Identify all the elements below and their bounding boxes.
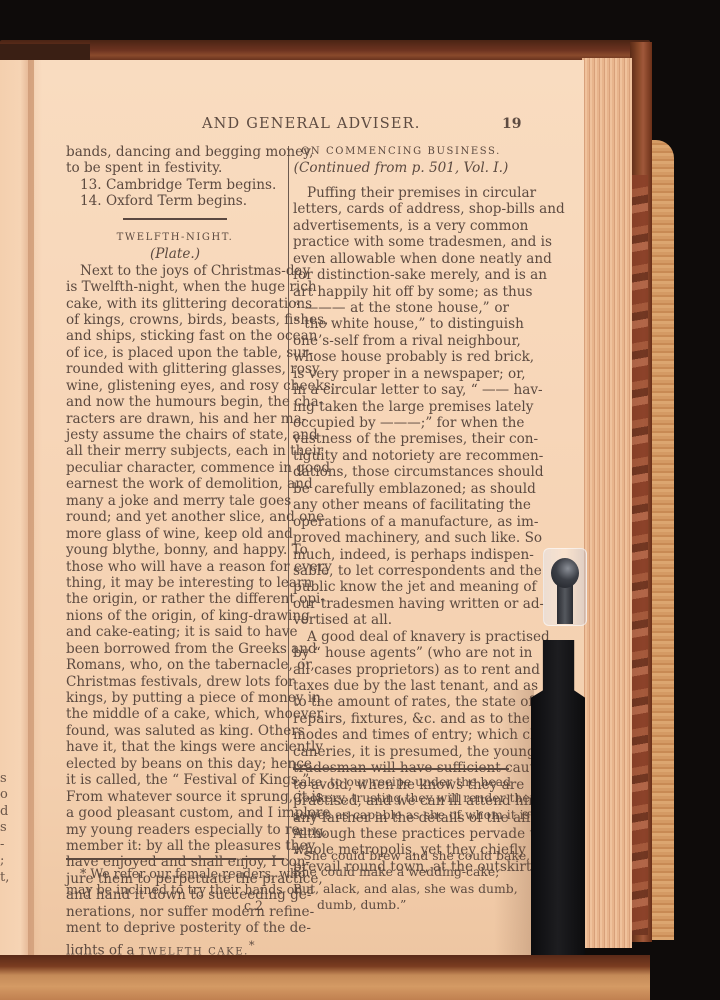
- book-photo: s o d s - ; t, AND GENERAL ADVISER. 19 b…: [0, 0, 720, 1000]
- text-line: have it, that the kings were anciently: [66, 739, 284, 755]
- text-line: racters are drawn, his and her ma-: [66, 411, 284, 427]
- text-line: and ships, sticking fast on the ocean: [66, 328, 284, 344]
- fragment: s: [0, 770, 14, 786]
- left-page-text-fragments: s o d s - ; t,: [0, 770, 14, 885]
- fragment: -: [0, 836, 14, 852]
- text-line: rounded with glittering glasses, rosy: [66, 361, 284, 377]
- footnote-line: may be inclined to try their hands on a: [66, 882, 284, 898]
- article-title: ON COMMENCING BUSINESS.: [293, 144, 509, 160]
- fragment: d: [0, 803, 14, 819]
- page-edges: [582, 58, 632, 948]
- text-line: taxes due by the last tenant, and as: [293, 678, 509, 694]
- text-line: many a joke and merry tale goes: [66, 493, 284, 509]
- wooden-stand-base: [0, 955, 650, 1000]
- text-line: tiguity and notoriety are recommen-: [293, 448, 509, 464]
- verse-line: She could make a wedding-cake;: [293, 864, 509, 880]
- gutter-shadow: [28, 60, 42, 962]
- fragment: ;: [0, 852, 14, 868]
- calendar-item: 14. Oxford Term begins.: [66, 193, 284, 209]
- fragment: o: [0, 786, 14, 802]
- text-line: wine, glistening eyes, and rosy cheeks;: [66, 378, 284, 394]
- verse-line: dumb, dumb.”: [293, 897, 509, 913]
- text-line: any other means of facilitating the: [293, 497, 509, 513]
- footnote-left: * We refer our female readers, who may b…: [66, 866, 284, 899]
- text-line: cake, with its glittering decorations: [66, 296, 284, 312]
- text-line: to be spent in festivity.: [66, 160, 284, 176]
- text-line: my young readers especially to re-: [66, 822, 284, 838]
- text-line: vastness of the premises, their con-: [293, 431, 509, 447]
- fragment: t,: [0, 869, 14, 885]
- text-line: From whatever source it sprung, it is: [66, 789, 284, 805]
- text-line: even allowable when done neatly and: [293, 251, 509, 267]
- text-line: jesty assume the chairs of state, and: [66, 427, 284, 443]
- marbled-board: [632, 175, 648, 935]
- text-line: in a circular letter to say, “ —— hav-: [293, 382, 509, 398]
- text-line: “ ——— at the stone house,” or: [293, 300, 509, 316]
- text-line: Puffing their premises in circular: [293, 185, 509, 201]
- text-line: advertisements, is a very common: [293, 218, 509, 234]
- article-title: TWELFTH-NIGHT.: [66, 230, 284, 246]
- text-line: is very proper in a newspaper; or,: [293, 366, 509, 382]
- footnote-rule-short: [242, 858, 284, 860]
- text-line: modes and times of entry; which chi-: [293, 727, 509, 743]
- cover-top-edge: [0, 40, 650, 62]
- running-head: AND GENERAL ADVISER. 19: [34, 116, 584, 136]
- holder-ball-weight: [551, 558, 579, 588]
- printer-signature: c 2: [244, 898, 263, 913]
- article-subtitle: (Plate.): [66, 246, 284, 262]
- text-line: proved machinery, and such like. So: [293, 530, 509, 546]
- text-line: one’s-self from a rival neighbour,: [293, 333, 509, 349]
- text-line: round; and yet another slice, and one: [66, 509, 284, 525]
- text-line: thing, it may be interesting to learn: [66, 575, 284, 591]
- text-line: operations of a manufacture, as im-: [293, 514, 509, 530]
- text-line: “ the white house,” to distinguish: [293, 316, 509, 332]
- text-line: nions of the origin, of king-drawing: [66, 608, 284, 624]
- footnote-rule-long: [66, 858, 236, 860]
- holder-neck: [557, 584, 573, 624]
- text-line: ment to deprive posterity of the de-: [66, 920, 284, 936]
- text-line: much, indeed, is perhaps indispen-: [293, 547, 509, 563]
- text-line: of ice, is placed upon the table, sur-: [66, 345, 284, 361]
- verse: “ She could brew and she could bake, She…: [293, 848, 509, 914]
- text-line: member it: by all the pleasures they: [66, 838, 284, 854]
- text-line: and cake-eating; it is said to have: [66, 624, 284, 640]
- text-line: A good deal of knavery is practised: [293, 629, 509, 645]
- right-column: ON COMMENCING BUSINESS. (Continued from …: [293, 144, 509, 875]
- text-line: peculiar character, commence in good: [66, 460, 284, 476]
- text-line: occupied by ———;” for when the: [293, 415, 509, 431]
- footnote-line: cake, to our recipe under the head: [293, 774, 509, 790]
- text-line: those who will have a reason for every: [66, 559, 284, 575]
- footnote-right: cake, to our recipe under the head Cooke…: [293, 774, 509, 914]
- footnote-mark: *: [249, 938, 255, 952]
- article-subtitle: (Continued from p. 501, Vol. I.): [293, 160, 509, 176]
- text-line: dations, those circumstances should: [293, 464, 509, 480]
- text-line: letters, cards of address, shop-bills an…: [293, 201, 509, 217]
- text-line: art happily hit off by some; as thus: [293, 284, 509, 300]
- text-line: is Twelfth-night, when the huge rich: [66, 279, 284, 295]
- text-line: the origin, or rather the different opi-: [66, 591, 284, 607]
- text-line: of kings, crowns, birds, beasts, fishes,: [66, 312, 284, 328]
- text-line: be carefully emblazoned; as should: [293, 481, 509, 497]
- text-line: Christmas festivals, drew lots for: [66, 674, 284, 690]
- spacer: [293, 177, 509, 185]
- footnote-rule-right: [293, 768, 509, 770]
- text-line: the middle of a cake, which, whoever: [66, 706, 284, 722]
- spacer: [293, 840, 509, 848]
- text-line: practice with some tradesmen, and is: [293, 234, 509, 250]
- text-line: been borrowed from the Greeks and: [66, 641, 284, 657]
- text-line: more glass of wine, keep old and: [66, 526, 284, 542]
- footnote-line: Cookery, trusting they will render them: [293, 790, 509, 806]
- text-line: and now the humours begin, the cha-: [66, 394, 284, 410]
- text-line: ing taken the large premises lately: [293, 399, 509, 415]
- closing-line: lights of a TWELFTH CAKE.*: [66, 937, 284, 953]
- footnote-line: * We refer our female readers, who: [66, 866, 284, 882]
- text-line: earnest the work of demolition, and: [66, 476, 284, 492]
- text-line: young blythe, bonny, and happy. To: [66, 542, 284, 558]
- text-line: caneries, it is presumed, the young: [293, 744, 509, 760]
- footnote-rule: [66, 858, 284, 860]
- footnote-line: selves as capable as she of whom it is: [293, 807, 509, 823]
- text-line: all their merry subjects, each in their: [66, 443, 284, 459]
- text-line: Next to the joys of Christmas-day: [66, 263, 284, 279]
- text-line: Romans, who, on the tabernacle, or,: [66, 657, 284, 673]
- verse-line: “ She could brew and she could bake,: [293, 848, 509, 864]
- text-line: a good pleasant custom, and I implore: [66, 805, 284, 821]
- text-line: all cases proprietors) as to rent and: [293, 662, 509, 678]
- footnote-line: sung,: [293, 823, 509, 839]
- text-line: public know the jet and meaning of: [293, 579, 509, 595]
- text-line: whose house probably is red brick,: [293, 349, 509, 365]
- text-line: repairs, fixtures, &c. and as to the: [293, 711, 509, 727]
- text-line: vertised at all.: [293, 612, 509, 628]
- text-line: our tradesmen having written or ad-: [293, 596, 509, 612]
- text-line: sable, to let correspondents and the: [293, 563, 509, 579]
- calendar-item: 13. Cambridge Term begins.: [66, 177, 284, 193]
- verse-line: But, alack, and alas, she was dumb,: [293, 881, 509, 897]
- text-line: found, was saluted as king. Others: [66, 723, 284, 739]
- page-number: 19: [502, 116, 521, 132]
- text-line: elected by beans on this day; hence: [66, 756, 284, 772]
- running-title: AND GENERAL ADVISER.: [202, 116, 421, 132]
- page-holder-bookmark: [523, 548, 585, 1000]
- text-line: kings, by putting a piece of money in: [66, 690, 284, 706]
- text-line: it is called, the “ Festival of Kings.”: [66, 772, 284, 788]
- section-rule: [123, 218, 227, 220]
- holder-strip: [531, 640, 585, 1000]
- text-line: by “ house agents” (who are not in: [293, 645, 509, 661]
- fragment: s: [0, 819, 14, 835]
- left-column: bands, dancing and begging money, to be …: [66, 144, 284, 973]
- text-line: bands, dancing and begging money,: [66, 144, 284, 160]
- text-line: to the amount of rates, the state of: [293, 694, 509, 710]
- text-line: for distinction-sake merely, and is an: [293, 267, 509, 283]
